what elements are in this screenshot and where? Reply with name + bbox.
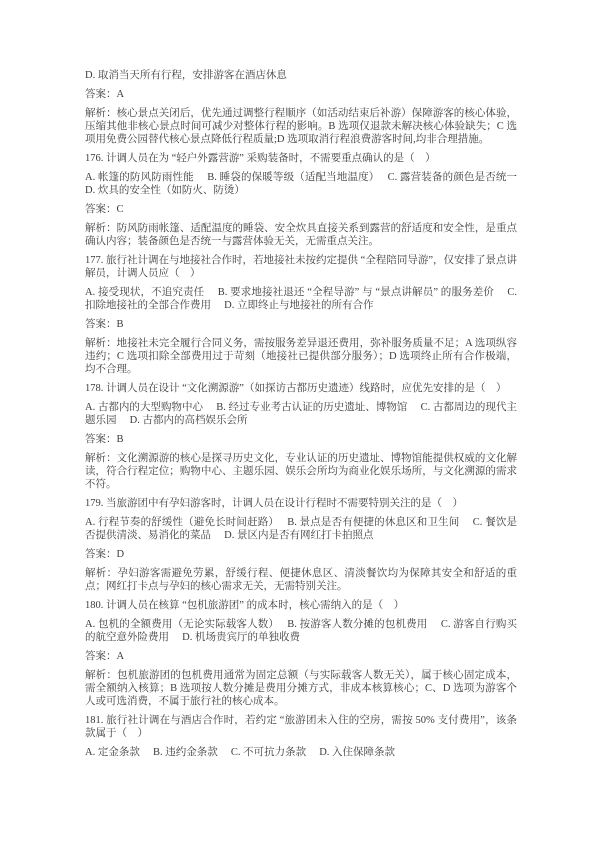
question-177: 177. 旅行社计调在与地接社合作时，若地接社未按约定提供 “全程陪同导游”，仅… bbox=[85, 254, 517, 376]
question-180: 180. 计调人员在核算 “包机旅游团” 的成本时，核心需纳入的是（ ） A. … bbox=[85, 599, 517, 708]
question-178-answer-line: 答案：B bbox=[85, 433, 517, 446]
question-175-analysis-paragraph: 解析：核心景点关闭后，优先通过调整行程顺序（如活动结束后补游）保障游客的核心体验… bbox=[85, 107, 517, 146]
question-179: 179. 当旅游团中有孕妇游客时，计调人员在设计行程时不需要特别关注的是（ ） … bbox=[85, 497, 517, 593]
question-181-options: A. 定金条款 B. 违约金条款 C. 不可抗力条款 D. 入住保障条款 bbox=[85, 746, 517, 759]
question-178-options: A. 古都内的大型购物中心 B. 经过专业考古认证的历史遗址、博物馆 C. 古都… bbox=[85, 401, 517, 427]
question-177-options: A. 接受现状，不追究责任 B. 要求地接社退还 “全程导游” 与 “景点讲解员… bbox=[85, 286, 517, 312]
question-180-options: A. 包机的全额费用（无论实际载客人数） B. 按游客人数分摊的包机费用 C. … bbox=[85, 618, 517, 644]
question-175-tail: D. 取消当天所有行程，安排游客在酒店休息 答案：A 解析：核心景点关闭后，优先… bbox=[85, 69, 517, 146]
question-179-options: A. 行程节奏的舒缓性（避免长时间赶路） B. 景点是否有便捷的休息区和卫生间 … bbox=[85, 516, 517, 542]
question-176: 176. 计调人员在为 “轻户外露营游” 采购装备时，不需要重点确认的是（ ） … bbox=[85, 152, 517, 248]
question-177-answer-line: 答案：B bbox=[85, 318, 517, 331]
question-180-answer-line: 答案：A bbox=[85, 650, 517, 663]
exam-document-page: D. 取消当天所有行程，安排游客在酒店休息 答案：A 解析：核心景点关闭后，优先… bbox=[0, 0, 600, 849]
question-180-analysis-paragraph: 解析：包机旅游团的包机费用通常为固定总额（与实际载客人数无关），属于核心固定成本… bbox=[85, 669, 517, 708]
question-176-answer-line: 答案：C bbox=[85, 203, 517, 216]
question-179-stem: 179. 当旅游团中有孕妇游客时，计调人员在设计行程时不需要特别关注的是（ ） bbox=[85, 497, 517, 510]
question-178-analysis-paragraph: 解析：文化溯源游的核心是探寻历史文化，专业认证的历史遗址、博物馆能提供权威的文化… bbox=[85, 452, 517, 491]
question-176-stem: 176. 计调人员在为 “轻户外露营游” 采购装备时，不需要重点确认的是（ ） bbox=[85, 152, 517, 165]
question-176-analysis-paragraph: 解析：防风防雨帐篷、适配温度的睡袋、安全炊具直接关系到露营的舒适度和安全性，是重… bbox=[85, 222, 517, 248]
question-177-stem: 177. 旅行社计调在与地接社合作时，若地接社未按约定提供 “全程陪同导游”，仅… bbox=[85, 254, 517, 280]
question-178: 178. 计调人员在设计 “文化溯源游”（如探访古都历史遗迹）线路时，应优先安排… bbox=[85, 382, 517, 491]
question-176-options: A. 帐篷的防风防雨性能 B. 睡袋的保暖等级（适配当地温度） C. 露营装备的… bbox=[85, 171, 517, 197]
question-179-answer-line: 答案：D bbox=[85, 548, 517, 561]
question-181-stem: 181. 旅行社计调在与酒店合作时，若约定 “旅游团未入住的空房，需按 50% … bbox=[85, 714, 517, 740]
question-175-option-d: D. 取消当天所有行程，安排游客在酒店休息 bbox=[85, 69, 517, 82]
question-177-analysis-paragraph: 解析：地接社未完全履行合同义务，需按服务差异退还费用，弥补服务质量不足；A 选项… bbox=[85, 337, 517, 376]
question-181: 181. 旅行社计调在与酒店合作时，若约定 “旅游团未入住的空房，需按 50% … bbox=[85, 714, 517, 759]
question-180-stem: 180. 计调人员在核算 “包机旅游团” 的成本时，核心需纳入的是（ ） bbox=[85, 599, 517, 612]
question-179-analysis-paragraph: 解析：孕妇游客需避免劳累，舒缓行程、便捷休息区、清淡餐饮均为保障其安全和舒适的重… bbox=[85, 567, 517, 593]
question-178-stem: 178. 计调人员在设计 “文化溯源游”（如探访古都历史遗迹）线路时，应优先安排… bbox=[85, 382, 517, 395]
question-175-answer-line: 答案：A bbox=[85, 88, 517, 101]
